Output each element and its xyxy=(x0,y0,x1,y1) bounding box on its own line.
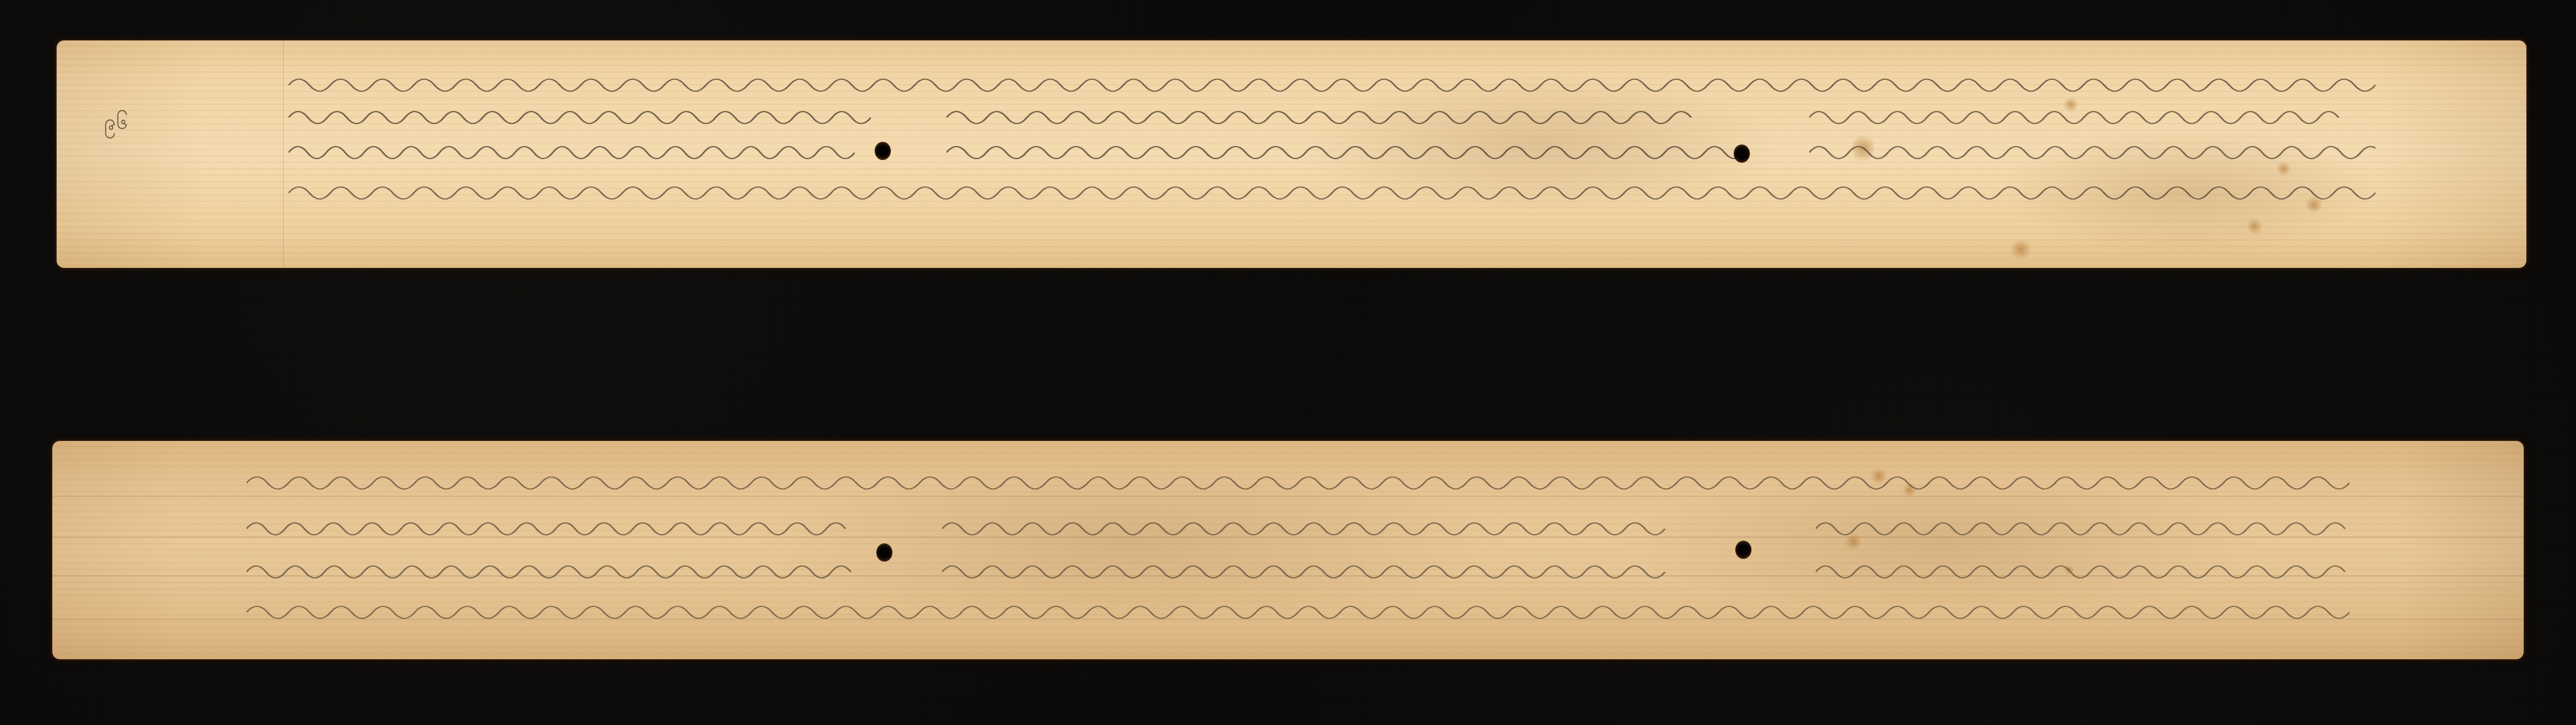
stain-spot xyxy=(1870,468,1888,484)
palm-leaf-top: ၉၆ xyxy=(57,40,2526,268)
stain-spot xyxy=(1902,483,1917,497)
binding-hole xyxy=(875,142,891,160)
margin-ruling xyxy=(283,40,284,268)
discoloration xyxy=(1998,127,2375,256)
text-line-1 xyxy=(288,70,2375,100)
ruling-line xyxy=(52,619,2524,619)
ruling-line xyxy=(52,496,2524,496)
binding-hole xyxy=(1734,144,1750,163)
discoloration xyxy=(753,462,1508,624)
text-line-3a xyxy=(288,137,855,168)
discoloration xyxy=(1297,73,1782,213)
stain-spot xyxy=(2064,565,2074,575)
stain-spot xyxy=(2276,162,2292,176)
folio-number: ၉၆ xyxy=(104,108,128,140)
binding-hole xyxy=(1735,541,1751,559)
ruling-line xyxy=(52,576,2524,576)
stain-spot xyxy=(2063,97,2079,112)
stain-spot xyxy=(2304,197,2324,213)
text-line-2c xyxy=(1809,102,2348,133)
discoloration xyxy=(1616,473,2263,613)
binding-hole xyxy=(876,543,892,562)
ruling-line xyxy=(52,537,2524,537)
stain-spot xyxy=(2246,218,2263,234)
palm-leaf-bottom xyxy=(52,441,2524,659)
stain-spot xyxy=(1845,533,1861,551)
stain-spot xyxy=(1852,132,1874,164)
text-line-2a xyxy=(288,102,871,133)
stain-spot xyxy=(2009,240,2033,259)
